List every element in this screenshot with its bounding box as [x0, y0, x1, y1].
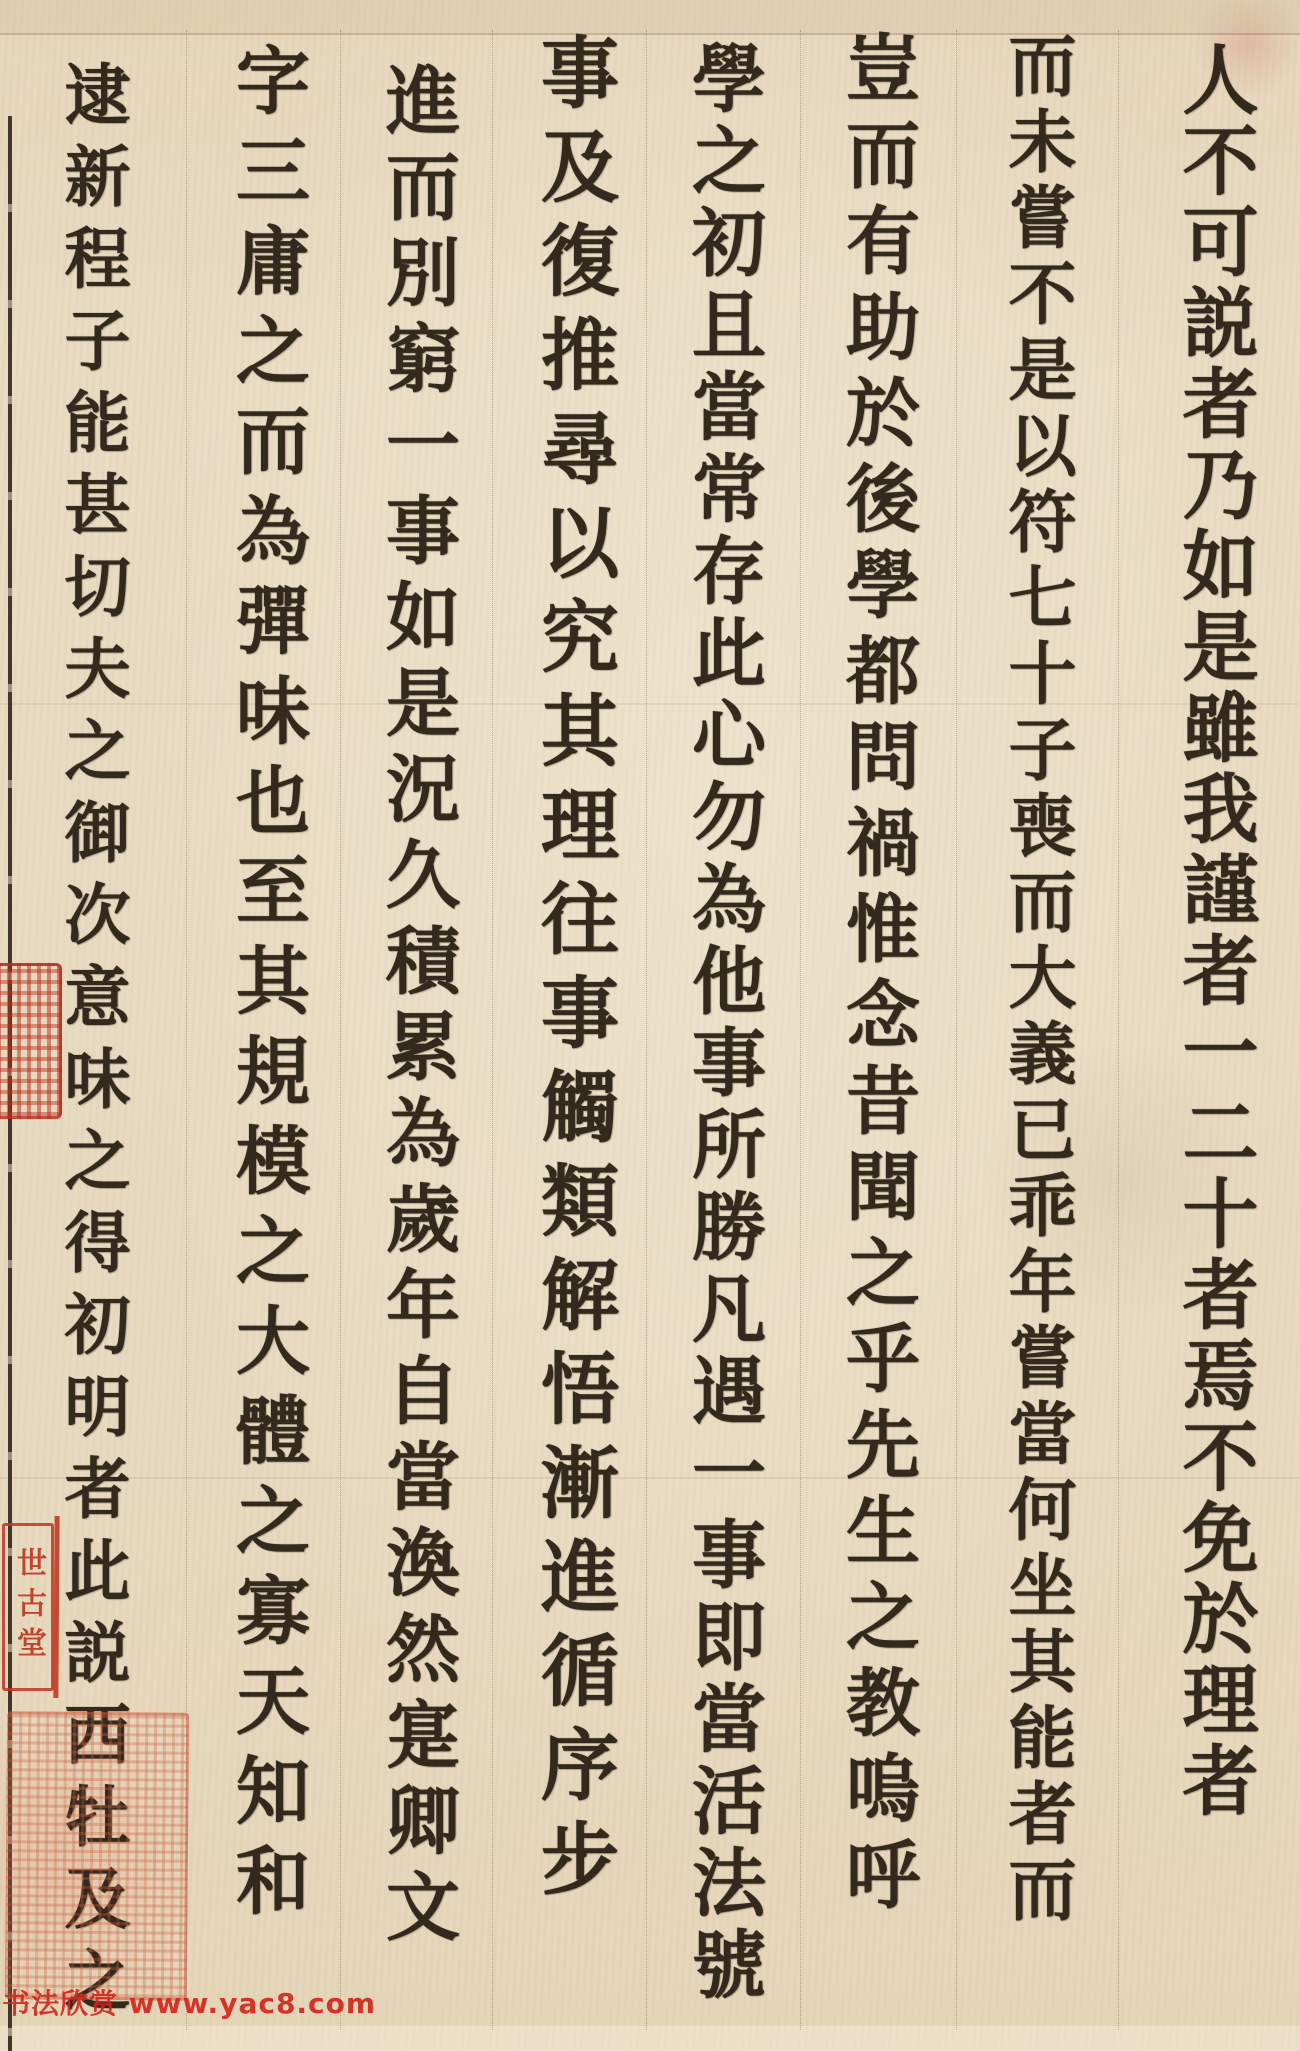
calligraphy-column-6: 進而別窮一事如是況久積累為歲年自當渙然寔卿文	[364, 62, 470, 1954]
column-rule-line	[800, 30, 801, 2030]
paper-crease	[0, 1477, 1300, 1479]
column-rule-line	[492, 30, 493, 2030]
studio-seal: 世古堂	[2, 1523, 54, 1691]
collector-seal	[5, 1711, 190, 2001]
calligraphy-column-5: 事及復推尋以究其理往事觸類解悟漸進循序步	[517, 32, 629, 1912]
calligraphy-column-7: 字三庸之而為彈味也至其規模之大體之寡天知和	[214, 42, 320, 1932]
column-rule-line	[956, 30, 957, 2030]
calligraphy-column-4: 學之初且當常存此心勿為他事所勝凡遇一事即當活法號	[670, 40, 776, 2008]
calligraphy-column-3: 豈而有助於後學都問禍惟念昔聞之乎先生之教嗚呼	[824, 30, 930, 1922]
paper-crease	[0, 33, 1300, 35]
calligraphy-column-1: 人不可説者乃如是雖我謹者一二十者焉不免於理者	[1160, 40, 1269, 1822]
paper-top-band	[0, 0, 1300, 33]
site-watermark: 书法欣赏 www.yac8.com	[2, 1982, 376, 2022]
column-rule-line	[340, 30, 341, 2030]
manuscript-page: 人不可説者乃如是雖我謹者一二十者焉不免於理者 而未嘗不是以符七十子喪而大義已乖年…	[0, 0, 1300, 2051]
column-rule-line	[646, 30, 647, 2030]
calligraphy-column-2: 而未嘗不是以符七十子喪而大義已乖年嘗當何坐其能者而	[988, 30, 1085, 1930]
edge-seal	[0, 963, 62, 1119]
column-rule-line	[1118, 30, 1119, 2030]
studio-seal-text: 世古堂	[6, 1547, 50, 1667]
paper-crease	[0, 703, 1300, 705]
paper-bottom-band	[0, 2026, 1300, 2051]
